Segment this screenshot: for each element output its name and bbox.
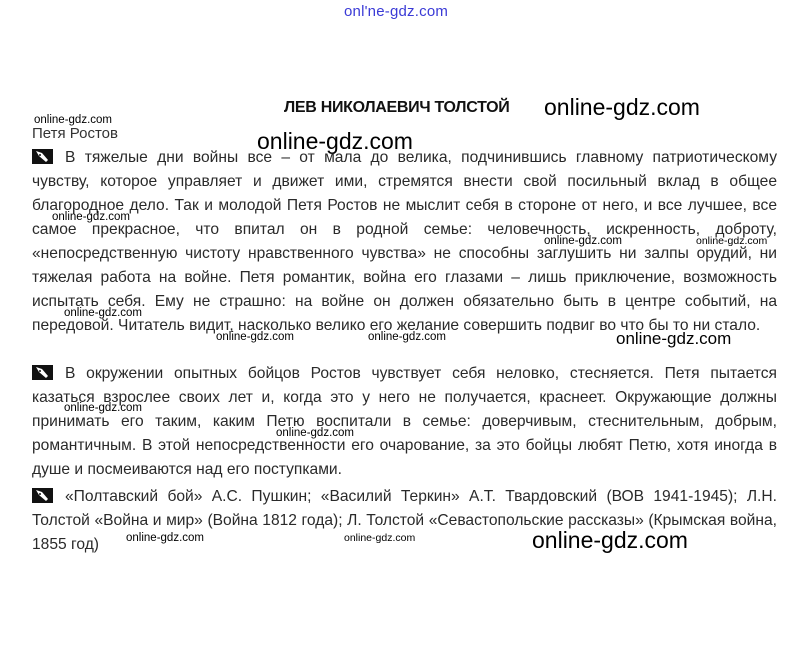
paragraph-text: В окружении опытных бойцов Ростов чувств… <box>32 365 777 478</box>
pen-nib-icon <box>32 365 53 380</box>
watermark: online-gdz.com <box>344 532 415 544</box>
watermark: online-gdz.com <box>696 235 767 247</box>
pen-nib-icon <box>32 149 53 164</box>
watermark: online-gdz.com <box>616 329 731 349</box>
top-watermark: onl'ne-gdz.com <box>344 3 448 20</box>
watermark: online-gdz.com <box>52 211 130 223</box>
paragraph-2: В окружении опытных бойцов Ростов чувств… <box>32 362 777 482</box>
watermark: online-gdz.com <box>216 331 294 343</box>
watermark: online-gdz.com <box>368 331 446 343</box>
watermark: online-gdz.com <box>64 402 142 414</box>
watermark: online-gdz.com <box>64 307 142 319</box>
section-subtitle: Петя Ростов <box>32 125 118 142</box>
watermark: online-gdz.com <box>126 532 204 544</box>
watermark: online-gdz.com <box>532 527 688 554</box>
pen-nib-icon <box>32 488 53 503</box>
author-heading: ЛЕВ НИКОЛАЕВИЧ ТОЛСТОЙ <box>284 99 510 117</box>
watermark: online-gdz.com <box>544 235 622 247</box>
paragraph-text: В тяжелые дни войны все – от мала до вел… <box>32 149 777 334</box>
watermark: online-gdz.com <box>276 427 354 439</box>
watermark: online-gdz.com <box>544 94 700 121</box>
paragraph-1: В тяжелые дни войны все – от мала до вел… <box>32 146 777 338</box>
